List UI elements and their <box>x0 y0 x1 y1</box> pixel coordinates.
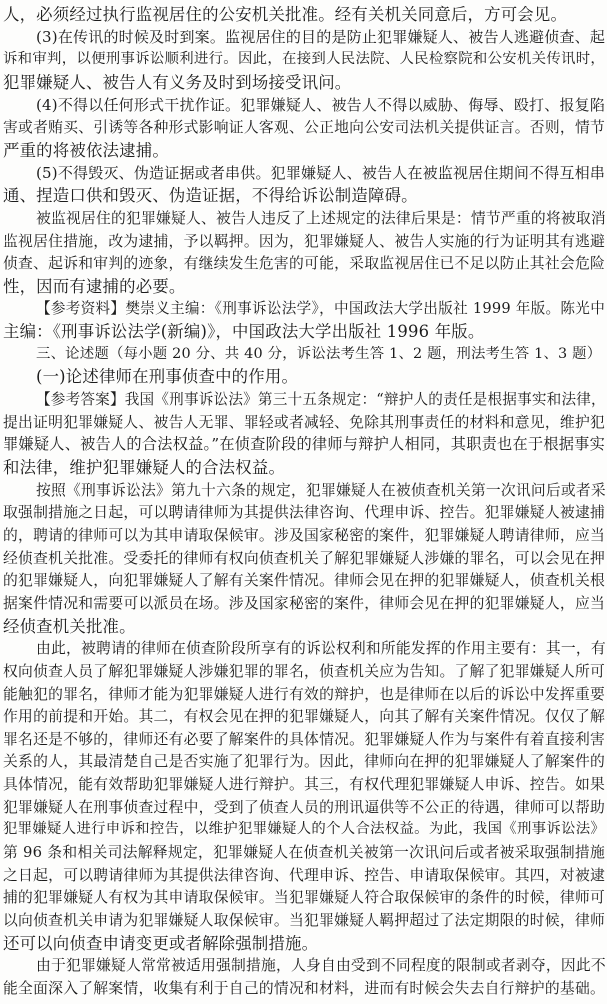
paragraph-line: 能全面深入了解案情，收集有利于自己的情况和材料，进而有时候会失去自行辩护的基础。 <box>3 974 605 1003</box>
scanned-document-page: 人，必须经过执行监视居住的公安机关批准。经有关机关同意后，方可会见。(3)在传讯… <box>0 0 607 1004</box>
